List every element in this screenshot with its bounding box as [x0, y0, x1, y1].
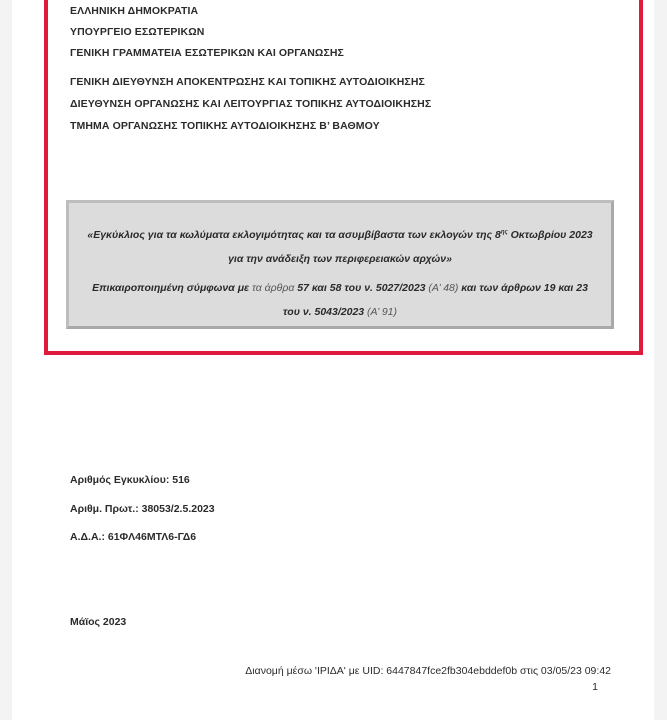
- circular-update-line-2: του ν. 5043/2023 (Α’ 91): [69, 306, 611, 318]
- header-ministry: ΥΠΟΥΡΓΕΙΟ ΕΣΩΤΕΡΙΚΩΝ: [70, 26, 204, 38]
- document-date: Μάϊος 2023: [70, 616, 126, 628]
- header-general-directorate: ΓΕΝΙΚΗ ΔΙΕΥΘΥΝΣΗ ΑΠΟΚΕΝΤΡΩΣΗΣ ΚΑΙ ΤΟΠΙΚΗ…: [70, 76, 425, 88]
- ada-code: Α.Δ.Α.: 61ΦΛ46ΜΤΛ6-ΓΔ6: [70, 531, 196, 543]
- page-number: 1: [592, 681, 598, 693]
- circular-title-line-2: για την ανάδειξη των περιφερειακών αρχών…: [69, 253, 611, 265]
- header-general-secretariat: ΓΕΝΙΚΗ ΓΡΑΜΜΑΤΕΙΑ ΕΣΩΤΕΡΙΚΩΝ ΚΑΙ ΟΡΓΑΝΩΣ…: [70, 47, 344, 59]
- circular-title-box: «Εγκύκλιος για τα κωλύματα εκλογιμότητας…: [66, 200, 614, 329]
- header-republic: ΕΛΛΗΝΙΚΗ ΔΗΜΟΚΡΑΤΙΑ: [70, 5, 198, 17]
- distribution-note: Διανομή μέσω 'ΙΡΙΔΑ' με UID: 6447847fce2…: [245, 665, 611, 677]
- header-directorate: ΔΙΕΥΘΥΝΣΗ ΟΡΓΑΝΩΣΗΣ ΚΑΙ ΛΕΙΤΟΥΡΓΙΑΣ ΤΟΠΙ…: [70, 98, 431, 110]
- circular-update-line-1: Επικαιροποιημένη σύμφωνα με τα άρθρα 57 …: [69, 282, 611, 294]
- circular-number: Αριθμός Εγκυκλίου: 516: [70, 474, 190, 486]
- circular-title-line-1: «Εγκύκλιος για τα κωλύματα εκλογιμότητας…: [69, 229, 611, 241]
- header-department: ΤΜΗΜΑ ΟΡΓΑΝΩΣΗΣ ΤΟΠΙΚΗΣ ΑΥΤΟΔΙΟΙΚΗΣΗΣ Β’…: [70, 120, 380, 132]
- protocol-number: Αριθμ. Πρωτ.: 38053/2.5.2023: [70, 503, 215, 515]
